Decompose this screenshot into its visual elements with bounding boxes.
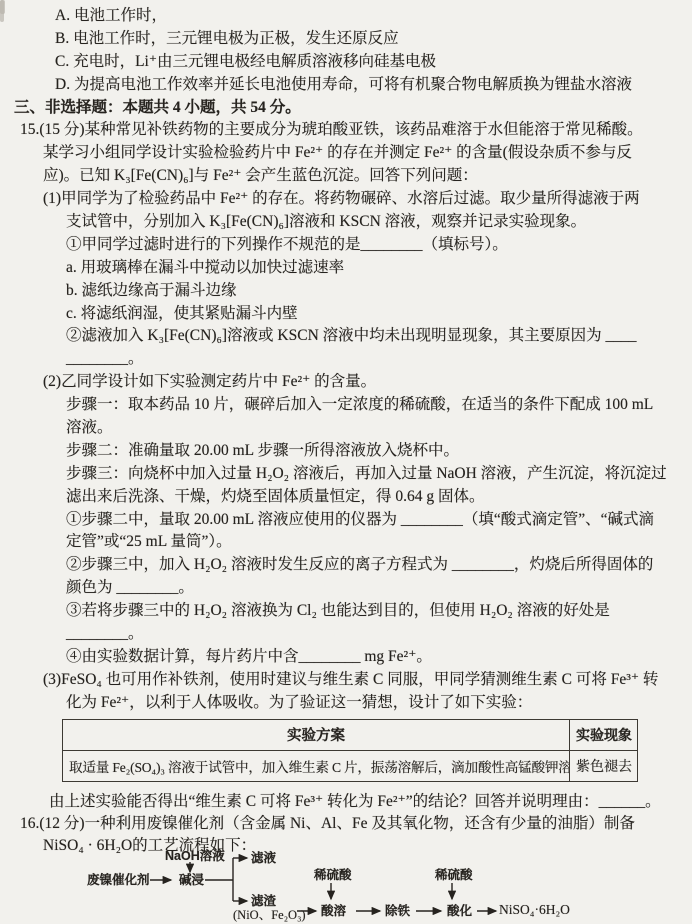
text-line: 某学习小组同学设计实验检验药片中 Fe²⁺ 的存在并测定 Fe²⁺ 的含量(假设…	[43, 142, 692, 165]
text-line: 步骤一：取本药品 10 片，碾碎后加入一定浓度的稀硫酸，在适当的条件下配成 10…	[66, 394, 692, 417]
text-line: ________。	[66, 623, 692, 646]
text-line: ________。	[66, 348, 692, 371]
flow-node-iron-removal: 除铁	[385, 904, 410, 918]
flow-node-acidify: 酸化	[447, 904, 472, 918]
text-line: b. 滤纸边缘高于漏斗边缘	[66, 280, 692, 303]
text-line: ①步骤二中，量取 20.00 mL 溶液应使用的仪器为 ________（填“酸…	[66, 509, 692, 532]
scan-artifact	[0, 0, 4, 22]
text-line: ③若将步骤三中的 H₂O₂ 溶液换为 Cl₂ 也能达到目的，但使用 H₂O₂ 溶…	[66, 600, 692, 623]
text-line: C. 充电时，Li⁺由三元锂电极经电解质溶液移向硅基电极	[55, 51, 692, 74]
flow-node-alkali-leach: 碱浸	[179, 873, 204, 887]
flow-node-filtrate: 滤液	[251, 851, 276, 865]
flow-node-product: NiSO₄·6H₂O	[499, 903, 570, 917]
experiment-table: 实验方案 实验现象 取适量 Fe₂(SO₄)₃ 溶液于试管中，加入维生素 C 片…	[62, 719, 638, 782]
text-line: ②步骤三中，加入 H₂O₂ 溶液时发生反应的离子方程式为 ________，灼烧…	[66, 554, 692, 577]
table-cell-observation: 紫色褪去	[570, 750, 638, 781]
question-16-block: 由上述实验能否得出“维生素 C 可将 Fe³⁺ 转化为 Fe²⁺”的结论？回答并…	[0, 786, 692, 857]
text-line: 颜色为 ________。	[66, 577, 692, 600]
text-line: 支试管中，分别加入 K₃[Fe(CN)₆]溶液和 KSCN 溶液，观察并记录实验…	[66, 211, 692, 234]
flow-node-residue: 滤渣	[251, 894, 276, 908]
process-flowchart: NaOH溶液 废镍催化剂 碱浸 滤液 滤渣 (NiO、Fe₂O₃) 稀硫酸 酸溶…	[0, 849, 692, 924]
flow-label-dilute-sulfuric-acid-1: 稀硫酸	[314, 868, 352, 882]
table-header-plan: 实验方案	[63, 719, 570, 750]
text-line: (2)乙同学设计如下实验测定药片中 Fe²⁺ 的含量。	[43, 371, 692, 394]
text-line: a. 用玻璃棒在漏斗中搅动以加快过滤速率	[66, 257, 692, 280]
text-line: ②滤液加入 K₃[Fe(CN)₆]溶液或 KSCN 溶液中均未出现明显现象，其主…	[66, 325, 692, 348]
table-header-row: 实验方案 实验现象	[63, 719, 638, 750]
text-line: 溶液。	[66, 417, 692, 440]
text-line: ①甲同学过滤时进行的下列操作不规范的是________（填标号）。	[66, 234, 692, 257]
text-line: B. 电池工作时，三元锂电极为正极，发生还原反应	[55, 28, 692, 51]
table-header-observation: 实验现象	[570, 719, 638, 750]
text-line: 15.(15 分)某种常见补铁药物的主要成分为琥珀酸亚铁，该药品难溶于水但能溶于…	[20, 119, 692, 142]
text-line: 步骤二：准确量取 20.00 mL 步骤一所得溶液放入烧杯中。	[66, 440, 692, 463]
exam-paper-page: A. 电池工作时， B. 电池工作时，三元锂电极为正极，发生还原反应 C. 充电…	[0, 0, 692, 924]
text-line: 应)。已知 K₃[Fe(CN)₆]与 Fe²⁺ 会产生蓝色沉淀。回答下列问题：	[43, 165, 692, 188]
text-line: D. 为提高电池工作效率并延长电池使用寿命，可将有机聚合物电解质换为锂盐水溶液	[55, 74, 692, 97]
text-line: A. 电池工作时，	[55, 5, 692, 28]
table-row: 取适量 Fe₂(SO₄)₃ 溶液于试管中，加入维生素 C 片，振荡溶解后，滴加酸…	[63, 750, 638, 781]
text-line: 滤出来后洗涤、干燥，灼烧至固体质量恒定，得 0.64 g 固体。	[66, 486, 692, 509]
flow-label-dilute-sulfuric-acid-2: 稀硫酸	[435, 868, 473, 882]
text-line: 化为 Fe²⁺，以利于人体吸收。为了验证这一猜想，设计了如下实验：	[66, 692, 692, 715]
table-cell-plan: 取适量 Fe₂(SO₄)₃ 溶液于试管中，加入维生素 C 片，振荡溶解后，滴加酸…	[63, 750, 570, 781]
text-line: 定管”或“25 mL 量筒”）。	[66, 531, 692, 554]
text-line: (1)甲同学为了检验药品中 Fe²⁺ 的存在。将药物碾碎、水溶后过滤。取少量所得…	[43, 188, 692, 211]
text-line: 步骤三：向烧杯中加入过量 H₂O₂ 溶液后，再加入过量 NaOH 溶液，产生沉淀…	[66, 463, 692, 486]
flow-node-waste-nickel-catalyst: 废镍催化剂	[87, 873, 150, 887]
text-line: ④由实验数据计算，每片药片中含________ mg Fe²⁺。	[66, 646, 692, 669]
question-text-block: A. 电池工作时， B. 电池工作时，三元锂电极为正极，发生还原反应 C. 充电…	[0, 0, 692, 715]
text-line: 由上述实验能否得出“维生素 C 可将 Fe³⁺ 转化为 Fe²⁺”的结论？回答并…	[49, 791, 692, 813]
text-line: 16.(12 分)一种利用废镍催化剂（含金属 Ni、Al、Fe 及其氧化物，还含…	[20, 813, 692, 835]
flow-label-residue-composition: (NiO、Fe₂O₃)	[233, 908, 306, 922]
text-line: (3)FeSO₄ 也可用作补铁剂，使用时建议与维生素 C 同服，甲同学猜测维生素…	[43, 669, 692, 692]
text-line: c. 将滤纸润湿，使其紧贴漏斗内壁	[66, 303, 692, 326]
flow-label-naoh-solution: NaOH溶液	[165, 849, 225, 863]
text-line: 三、非选择题：本题共 4 小题，共 54 分。	[14, 97, 692, 120]
flow-node-acid-dissolve: 酸溶	[321, 904, 346, 918]
